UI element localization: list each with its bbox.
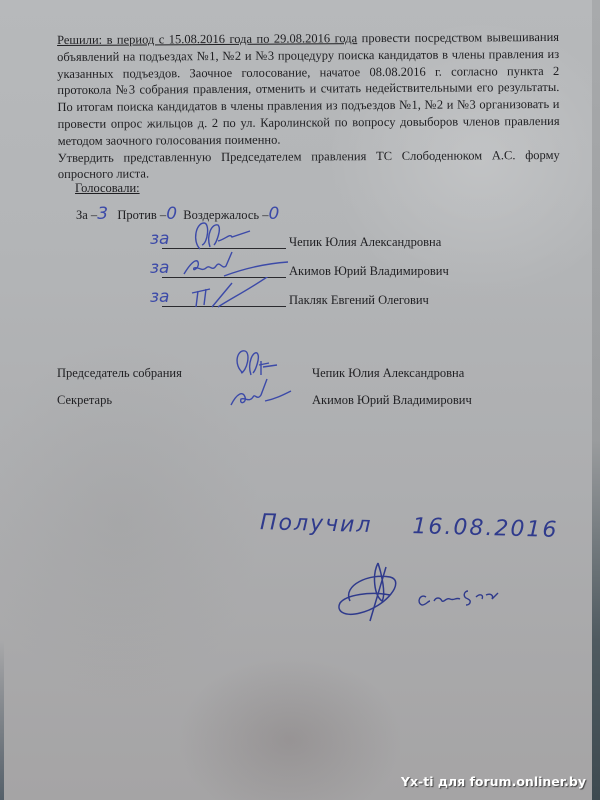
signature-icon — [170, 277, 300, 317]
for-count: 3 — [97, 204, 108, 224]
vote-mark: за — [150, 229, 169, 249]
watermark: Yx-ti для forum.onliner.by — [401, 774, 586, 789]
voter-name: Акимов Юрий Владимирович — [289, 264, 449, 279]
vote-mark: за — [150, 287, 169, 307]
resolution-body: провести посредством вывешивания объявле… — [57, 30, 559, 148]
recipient-signature-icon — [330, 555, 590, 630]
role-label: Председатель собрания — [57, 366, 182, 381]
received-date: 16.08.2016 — [412, 514, 559, 543]
paper-edge-shadow — [592, 0, 600, 800]
paper-edge-shadow-left — [0, 640, 4, 800]
voter-row: за Пакляк Евгений Олегович — [150, 291, 490, 311]
resolution-paragraph: Решили: в период с 15.08.2016 года по 29… — [57, 29, 560, 183]
against-label: Против – — [117, 208, 166, 222]
received-text: Получил — [260, 510, 373, 538]
voter-name: Пакляк Евгений Олегович — [289, 293, 429, 308]
resolution-second: Утвердить представленную Председателем п… — [58, 147, 560, 184]
resolution-lead: Решили: в период с 15.08.2016 года по 29… — [57, 31, 357, 47]
signatory-name: Чепик Юлия Александровна — [312, 366, 464, 381]
for-label: За – — [76, 208, 97, 222]
voting-heading: Голосовали: — [75, 180, 140, 197]
voter-name: Чепик Юлия Александровна — [289, 235, 441, 250]
role-label: Секретарь — [57, 393, 112, 408]
signatory-name: Акимов Юрий Владимирович — [312, 393, 472, 408]
vote-mark: за — [150, 258, 169, 278]
chair-signature-icon — [225, 345, 295, 415]
